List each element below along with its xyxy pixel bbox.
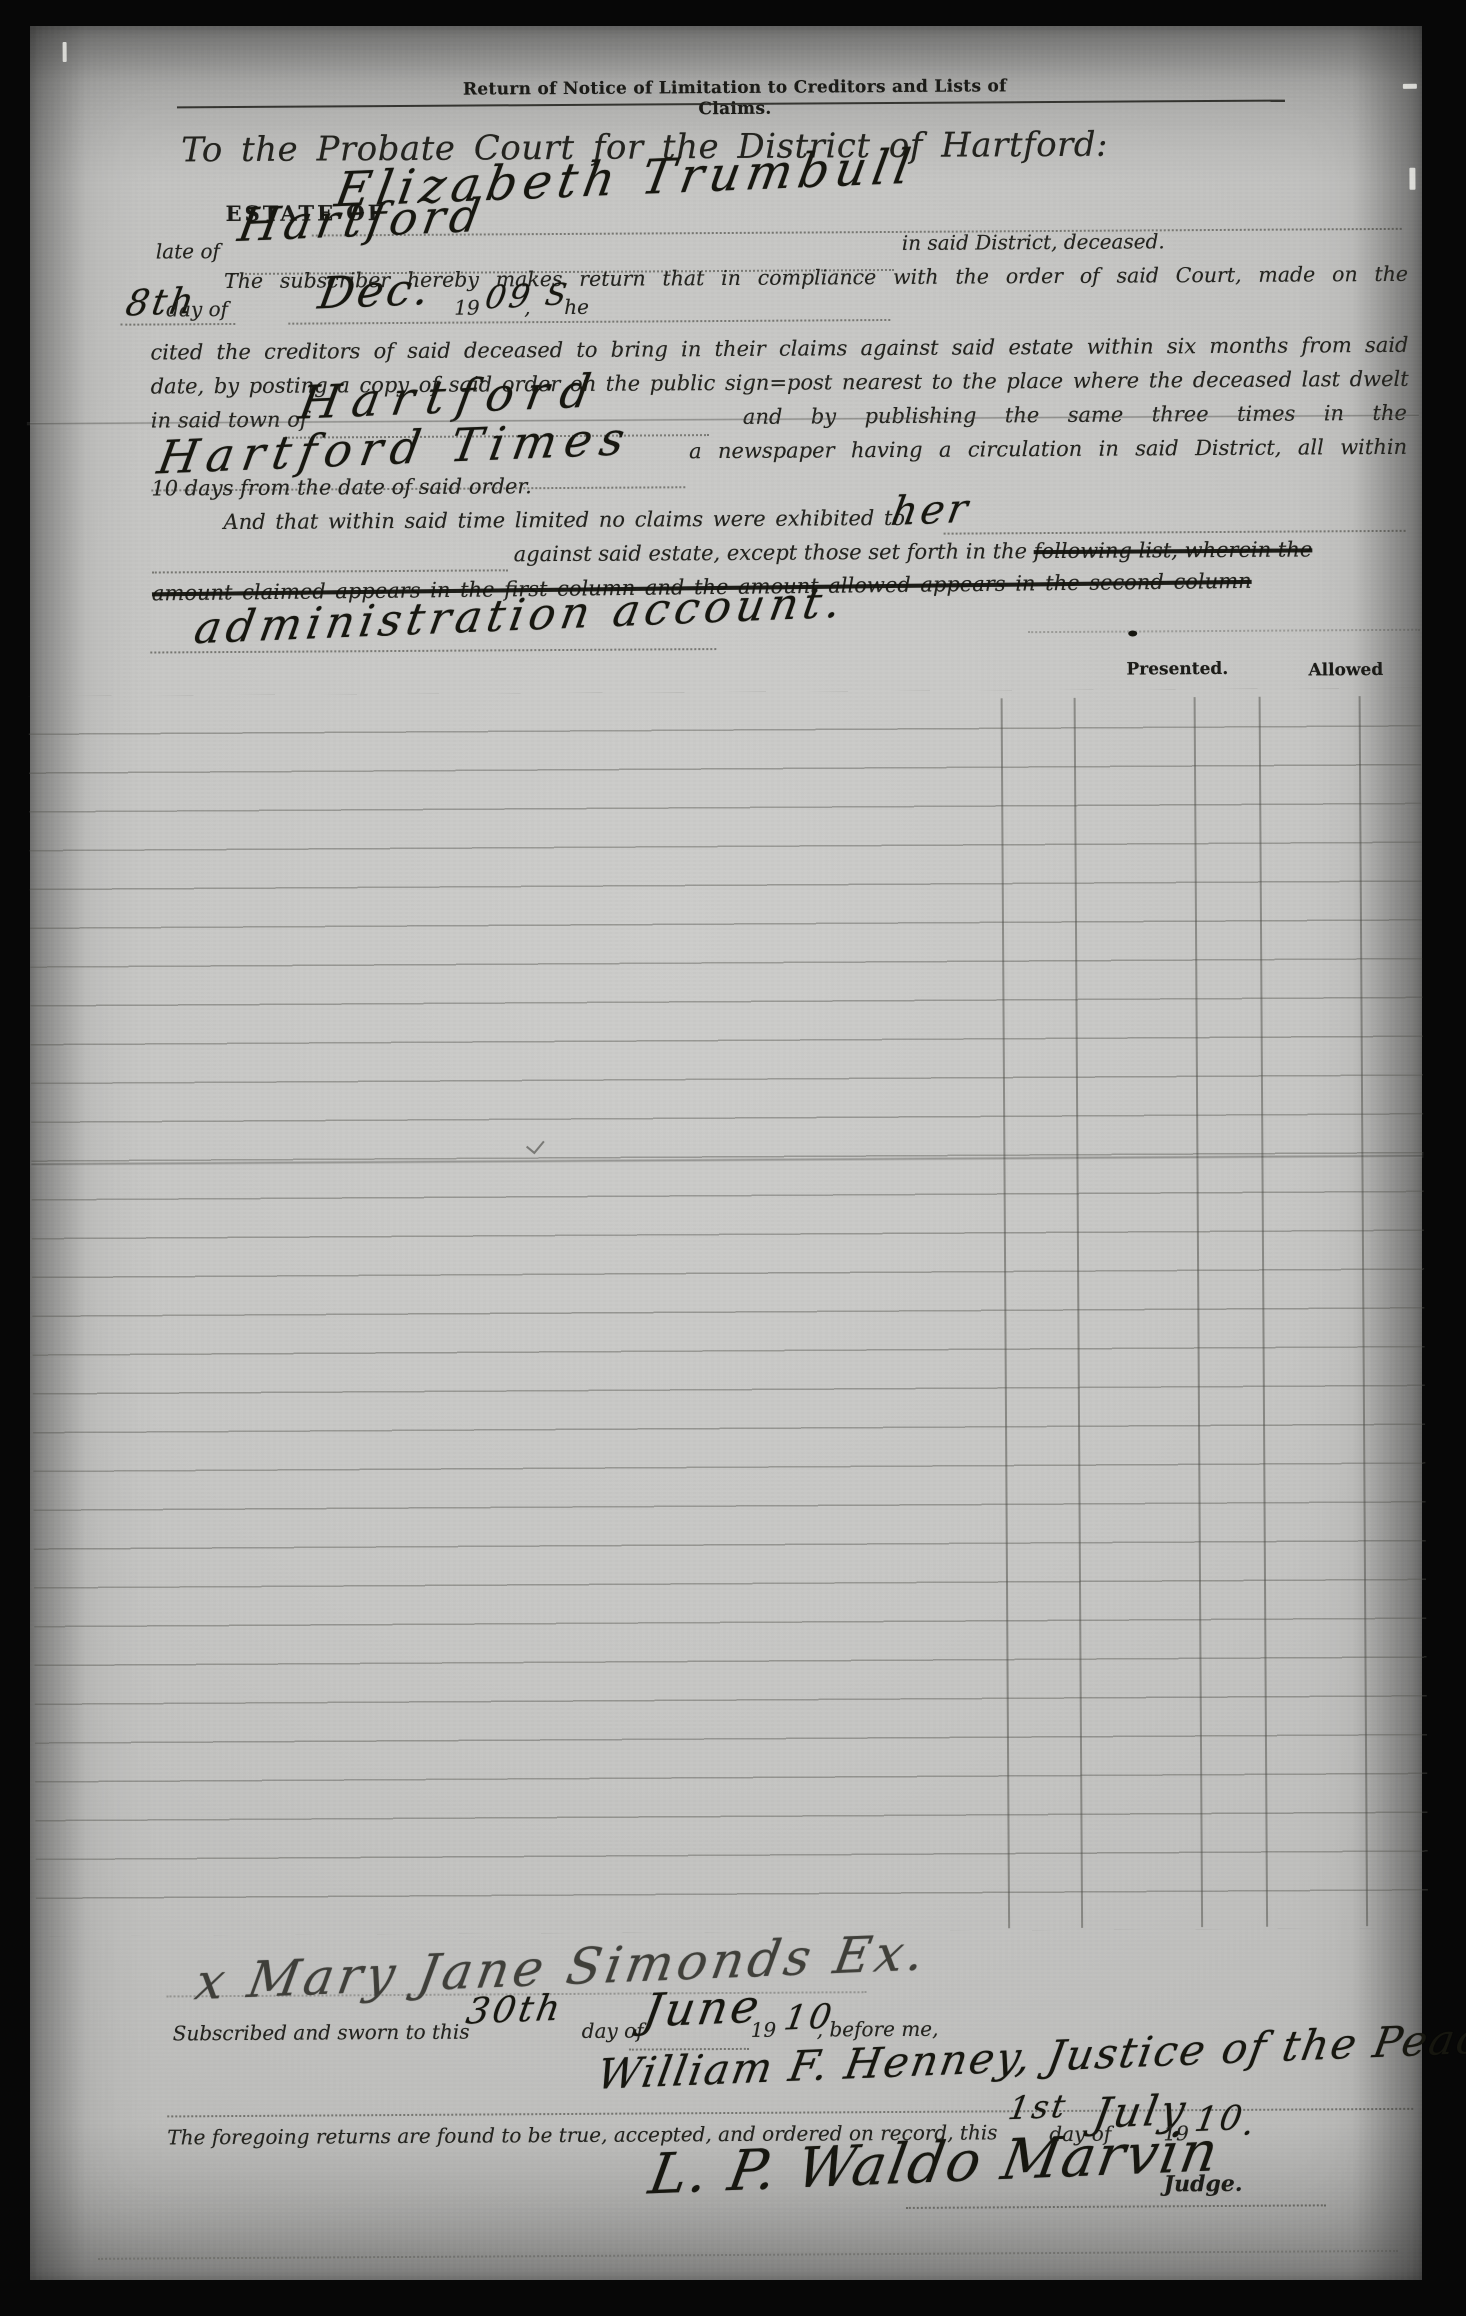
late-of-handwriting: Hartford (234, 187, 490, 255)
except-line: against said estate, except those set fo… (514, 536, 1313, 567)
order-day-fill (120, 323, 235, 326)
column-header-allowed: Allowed (1308, 660, 1383, 682)
scan-artifact (1409, 168, 1415, 190)
struck-clause-1: following list, wherein the (1034, 537, 1313, 563)
days-line: 10 days from the date of said order. (151, 473, 532, 502)
order-year-prefix: 19 (454, 295, 480, 320)
scan-artifact (63, 42, 67, 62)
except-text: against said estate, except those set fo… (514, 539, 1034, 566)
cited-line-1: cited the creditors of said deceased to … (150, 332, 1408, 366)
document-content: Return of Notice of Limitation to Credit… (25, 22, 1431, 2284)
sworn-year-prefix: 19 (751, 2018, 777, 2043)
claims-line: And that within said time limited no cla… (223, 505, 905, 535)
document-paper: Return of Notice of Limitation to Credit… (30, 26, 1422, 2280)
bottom-ruled-line (98, 2250, 1398, 2260)
sworn-day-of-label: day of (582, 2019, 644, 2044)
scan-artifact (1403, 84, 1417, 89)
pronoun-print: he (564, 295, 589, 320)
order-month-fill (288, 321, 598, 325)
ink-blot (1128, 630, 1137, 636)
table-header-top-line (1028, 629, 1420, 633)
late-of-label: late of (156, 239, 220, 264)
document-header: Return of Notice of Limitation to Credit… (445, 76, 1025, 122)
pronoun-fill (600, 319, 890, 323)
scanned-photo: Return of Notice of Limitation to Credit… (0, 0, 1466, 2316)
district-text: in said District, deceased. (902, 229, 1165, 256)
claims-fill (944, 530, 1406, 535)
sworn-day-handwriting: 30th (463, 1986, 567, 2035)
judge-label: Judge. (1164, 2171, 1243, 2199)
column-header-presented: Presented. (1126, 659, 1228, 681)
except-lead-fill (152, 569, 508, 573)
newspaper-text: a newspaper having a circulation in said… (689, 434, 1407, 465)
judge-fill (906, 2204, 1326, 2209)
claims-pronoun-handwriting: her (888, 484, 975, 537)
order-month-handwriting: Dec. (314, 262, 436, 322)
sworn-month-handwriting: June (639, 1978, 767, 2040)
comma-text: , (524, 295, 531, 320)
order-day-of-label: day of (166, 297, 228, 322)
sworn-line: Subscribed and sworn to this (173, 2020, 470, 2047)
ledger-ruled-lines (29, 688, 1429, 1936)
